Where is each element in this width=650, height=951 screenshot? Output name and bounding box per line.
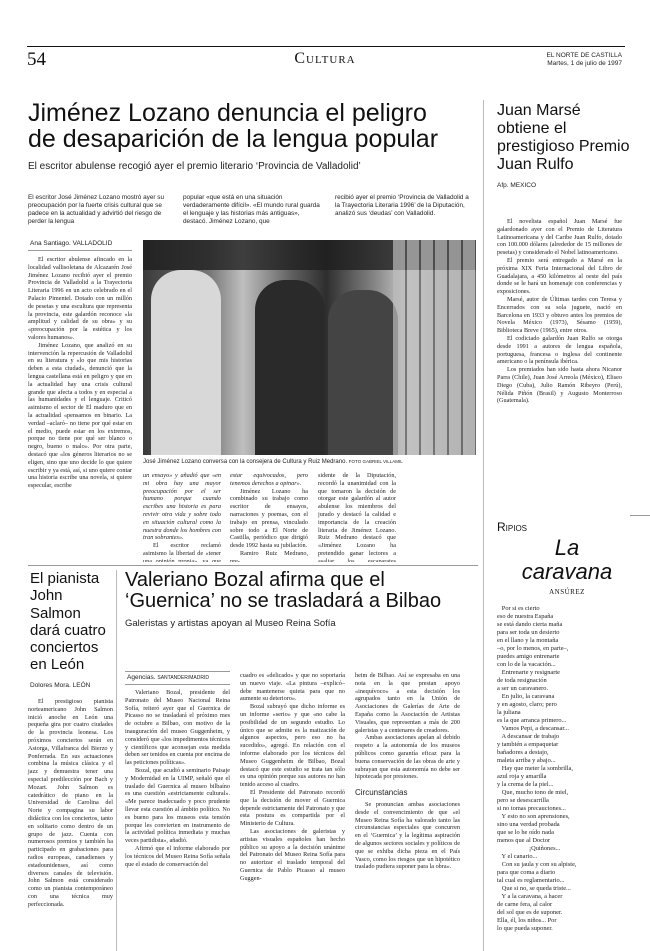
main-lead-col1: El escritor José Jiménez Lozano mostró a…: [28, 194, 168, 226]
paragraph: heim de Bilbao. Así se expresaba en una …: [355, 672, 460, 734]
byline-places: SANTANDER/MADRID: [157, 675, 209, 681]
issue-date: Martes, 1 de julio de 1997: [547, 60, 623, 68]
paragraph: El codiciado galardón Juan Rulfo se otor…: [497, 335, 622, 366]
newspaper-name: EL NORTE DE CASTILLA: [547, 52, 623, 60]
sidebar-byline: Afp. MEXICO: [497, 182, 637, 189]
guernica-body-col1: Valeriano Bozal, presidente del Patronat…: [125, 689, 230, 951]
ripios-title: La caravana: [497, 536, 637, 584]
paragraph: Los premiados han sido hasta ahora Nican…: [497, 366, 622, 405]
article-photo: [143, 240, 476, 455]
ripios-author: ANSÚREZ: [497, 588, 637, 596]
guernica-subhead: Circunstancias: [355, 789, 460, 797]
column-divider: [483, 100, 484, 951]
byline-rule: [28, 250, 132, 251]
main-headline-line1: Jiménez Lozano denuncia el peligro: [28, 99, 427, 127]
byline-agency: Agencias.: [127, 674, 156, 681]
page-number: 54: [27, 49, 46, 71]
paragraph: Valeriano Bozal, presidente del Patronat…: [125, 689, 230, 767]
main-subheadline: El escritor abulense recogió ayer el pre…: [28, 161, 478, 172]
byline-rule-bottom: [125, 684, 230, 685]
byline-rule-top: [125, 671, 230, 672]
paragraph: cuadro es «delicado» y que no soportaría…: [240, 672, 345, 703]
main-article-header: Jiménez Lozano denuncia el peligro de de…: [28, 100, 478, 172]
sidebar-article: Juan Marsé obtiene el prestigioso Premio…: [497, 102, 637, 189]
main-lead-col2: popular «que está en una situación verda…: [183, 194, 323, 226]
paragraph: Ambas asociaciones apelan al debido resp…: [355, 734, 460, 781]
guernica-headline-line2: ‘Guernica’ no se trasladará a Bilbao: [125, 590, 441, 612]
main-body-col1: El escritor abulense afincado en la loca…: [28, 256, 132, 556]
paragraph: El premio será entregado a Marsé en la p…: [497, 257, 622, 296]
main-lead-col3: recibió ayer el premio ‘Provincia de Val…: [335, 194, 475, 218]
salmon-article: El pianista John Salmon dará cuatro conc…: [30, 570, 110, 689]
ripios-title-line1: La: [555, 535, 579, 560]
rule: [630, 515, 650, 516]
paragraph: Marsé, autor de Últimas tardes con Teres…: [497, 296, 622, 335]
paragraph: estar equivocados, pero tenemos derechos…: [230, 472, 308, 488]
paragraph: un ensayo» y añadió que «en mi obra hay …: [143, 472, 221, 542]
photo-credit: FOTO GABRIEL VILLAMIL: [349, 459, 403, 464]
paragraph: Bozal subrayó que dicho informe es un in…: [240, 703, 345, 789]
paragraph: Ramiro Ruiz Medrano, pre-: [230, 550, 308, 562]
salmon-body: El prestigioso pianista norteamericano J…: [28, 698, 113, 909]
ripios-title-line2: caravana: [522, 559, 613, 584]
paragraph: Jiménez Lozano ha combinado su trabajo c…: [230, 488, 308, 550]
ripios-column: Ripios La caravana ANSÚREZ: [497, 520, 637, 596]
paragraph: Las asociaciones de galeristas y artista…: [240, 828, 345, 883]
header-rule: [27, 46, 625, 47]
paragraph: Bozal, que acudió a seminario Paisaje y …: [125, 767, 230, 845]
paragraph: Afirmó que el informe elaborado por los …: [125, 845, 230, 868]
guernica-body-col2: cuadro es «delicado» y que no soportaría…: [240, 672, 345, 951]
photo-caption-block: José Jiménez Lozano conversa con la cons…: [143, 459, 476, 465]
section-divider: [28, 565, 478, 566]
guernica-headline: Valeriano Bozal afirma que el ‘Guernica’…: [125, 570, 480, 612]
main-headline-line2: de desaparición de la lengua popular: [28, 125, 438, 153]
guernica-headline-line1: Valeriano Bozal afirma que el: [125, 569, 385, 591]
guernica-subheadline: Galeristas y artistas apoyan al Museo Re…: [125, 618, 480, 629]
main-headline: Jiménez Lozano denuncia el peligro de de…: [28, 100, 478, 153]
paragraph: El Presidente del Patronato recordó que …: [240, 789, 345, 828]
main-byline: Ana Santiago. VALLADOLID: [30, 240, 112, 247]
sidebar-body: El novelista español Juan Marsé fue gala…: [497, 218, 622, 405]
paragraph: El prestigioso pianista norteamericano J…: [28, 698, 113, 909]
guernica-byline: Agencias. SANTANDER/MADRID: [127, 674, 209, 681]
guernica-article-header: Valeriano Bozal afirma que el ‘Guernica’…: [125, 570, 480, 629]
salmon-byline: Dolores Mora. LEÓN: [30, 682, 110, 689]
main-body-col3: estar equivocados, pero tenemos derechos…: [230, 472, 308, 562]
paragraph: El escritor abulense afincado en la loca…: [28, 256, 132, 342]
section-title: Cultura: [250, 50, 400, 68]
paragraph: El escritor reclamó asimismo la libertad…: [143, 542, 221, 562]
paragraph: Se pronuncian ambas asociaciones desde e…: [355, 801, 460, 871]
masthead-info: EL NORTE DE CASTILLA Martes, 1 de julio …: [547, 52, 623, 68]
paragraph: sidente de la Diputación, recordó la una…: [318, 472, 396, 562]
photo-caption: José Jiménez Lozano conversa con la cons…: [143, 459, 347, 465]
paragraph: Jiménez Lozano, que analizó en su interv…: [28, 342, 132, 490]
main-body-col2: un ensayo» y añadió que «en mi obra hay …: [143, 472, 221, 562]
paragraph: El novelista español Juan Marsé fue gala…: [497, 218, 622, 257]
main-body-col4: sidente de la Diputación, recordó la una…: [318, 472, 396, 562]
salmon-headline: El pianista John Salmon dará cuatro conc…: [30, 570, 110, 674]
guernica-body-col3: heim de Bilbao. Así se expresaba en una …: [355, 672, 460, 871]
ripios-poem: Por si es cierto eso de nuestra España s…: [497, 605, 637, 933]
sidebar-headline: Juan Marsé obtiene el prestigioso Premio…: [497, 102, 637, 174]
ripios-label: Ripios: [497, 520, 637, 534]
column-divider: [116, 570, 117, 951]
